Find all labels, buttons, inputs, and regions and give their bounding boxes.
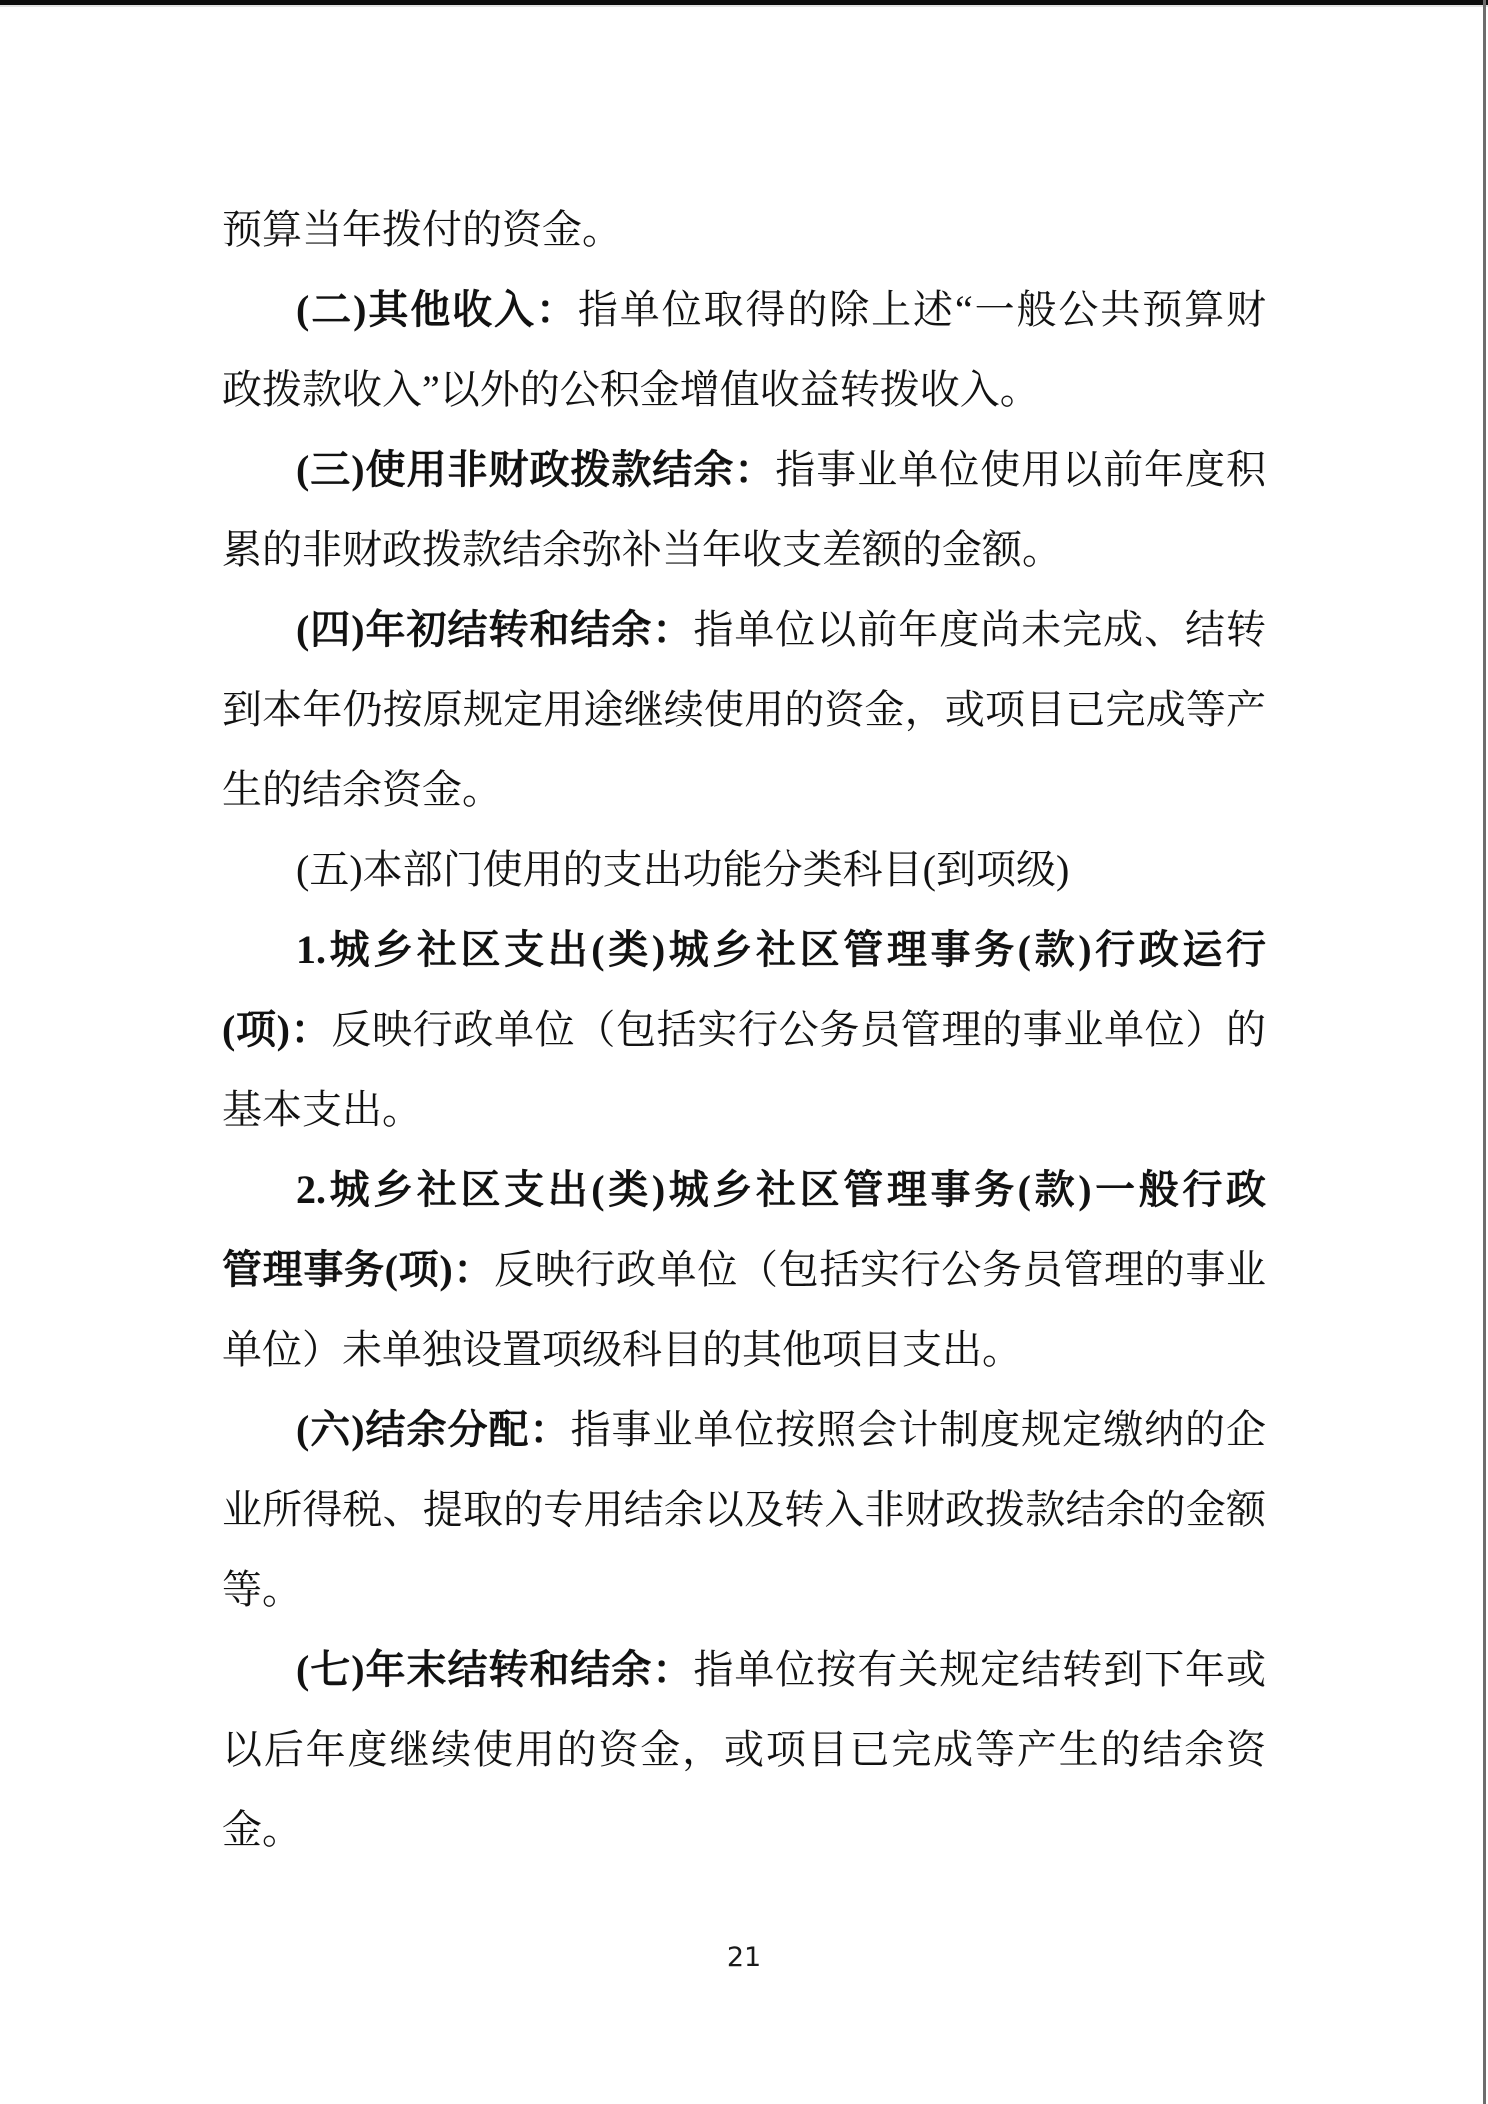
text-segment: 基本支出。: [222, 1087, 422, 1132]
text-segment: 到本年仍按原规定用途继续使用的资金，或项目已完成等产: [222, 687, 1266, 732]
text-line: 生的结余资金。: [222, 750, 1266, 830]
text-segment: 生的结余资金。: [222, 767, 502, 812]
text-line: 1.城乡社区支出(类)城乡社区管理事务(款)行政运行: [222, 910, 1266, 990]
text-line: (二)其他收入：指单位取得的除上述“一般公共预算财: [222, 270, 1266, 350]
text-line: 单位）未单独设置项级科目的其他项目支出。: [222, 1310, 1266, 1390]
page-number: 21: [0, 1942, 1488, 1973]
text-segment: 金。: [222, 1807, 302, 1852]
text-line: 累的非财政拨款结余弥补当年收支差额的金额。: [222, 510, 1266, 590]
bold-term: (六)结余分配：: [296, 1407, 570, 1452]
text-line: 2.城乡社区支出(类)城乡社区管理事务(款)一般行政: [222, 1150, 1266, 1230]
text-segment: 指事业单位按照会计制度规定缴纳的企: [570, 1407, 1266, 1452]
bold-term: (七)年末结转和结余：: [296, 1647, 693, 1692]
bold-term: (三)使用非财政拨款结余：: [296, 447, 775, 492]
text-segment: (五)本部门使用的支出功能分类科目(到项级): [296, 847, 1069, 892]
scan-edge-right: [1483, 0, 1486, 2104]
text-segment: 业所得税、提取的专用结余以及转入非财政拨款结余的金额: [222, 1487, 1266, 1532]
text-segment: 指单位以前年度尚未完成、结转: [693, 607, 1266, 652]
text-segment: 等。: [222, 1567, 302, 1612]
text-line: 金。: [222, 1790, 1266, 1870]
text-segment: 累的非财政拨款结余弥补当年收支差额的金额。: [222, 527, 1062, 572]
text-line: 基本支出。: [222, 1070, 1266, 1150]
bold-term: (四)年初结转和结余：: [296, 607, 693, 652]
bold-term: 1.城乡社区支出(类)城乡社区管理事务(款)行政运行: [296, 927, 1266, 972]
text-line: 等。: [222, 1550, 1266, 1630]
text-segment: 指单位按有关规定结转到下年或: [693, 1647, 1266, 1692]
text-segment: 反映行政单位（包括实行公务员管理的事业单位）的: [331, 1007, 1266, 1052]
document-page: 预算当年拨付的资金。(二)其他收入：指单位取得的除上述“一般公共预算财政拨款收入…: [0, 0, 1488, 2104]
bold-term: 管理事务(项)：: [222, 1247, 494, 1292]
text-segment: 单位）未单独设置项级科目的其他项目支出。: [222, 1327, 1022, 1372]
text-segment: 指单位取得的除上述“一般公共预算财: [578, 287, 1266, 332]
text-line: (五)本部门使用的支出功能分类科目(到项级): [222, 830, 1266, 910]
text-line: 以后年度继续使用的资金，或项目已完成等产生的结余资: [222, 1710, 1266, 1790]
bold-term: 2.城乡社区支出(类)城乡社区管理事务(款)一般行政: [296, 1167, 1266, 1212]
bold-term: (项)：: [222, 1007, 331, 1052]
text-line: (七)年末结转和结余：指单位按有关规定结转到下年或: [222, 1630, 1266, 1710]
text-segment: 预算当年拨付的资金。: [222, 207, 622, 252]
text-line: (六)结余分配：指事业单位按照会计制度规定缴纳的企: [222, 1390, 1266, 1470]
scan-edge-top-shadow: [0, 5, 1488, 7]
text-line: (四)年初结转和结余：指单位以前年度尚未完成、结转: [222, 590, 1266, 670]
text-line: 政拨款收入”以外的公积金增值收益转拨收入。: [222, 350, 1266, 430]
text-line: (三)使用非财政拨款结余：指事业单位使用以前年度积: [222, 430, 1266, 510]
text-line: 到本年仍按原规定用途继续使用的资金，或项目已完成等产: [222, 670, 1266, 750]
bold-term: (二)其他收入：: [296, 287, 578, 332]
text-segment: 指事业单位使用以前年度积: [775, 447, 1266, 492]
text-line: 业所得税、提取的专用结余以及转入非财政拨款结余的金额: [222, 1470, 1266, 1550]
text-line: (项)：反映行政单位（包括实行公务员管理的事业单位）的: [222, 990, 1266, 1070]
text-segment: 以后年度继续使用的资金，或项目已完成等产生的结余资: [222, 1727, 1266, 1772]
text-segment: 政拨款收入”以外的公积金增值收益转拨收入。: [222, 367, 1040, 412]
document-body: 预算当年拨付的资金。(二)其他收入：指单位取得的除上述“一般公共预算财政拨款收入…: [222, 190, 1266, 1870]
text-line: 管理事务(项)：反映行政单位（包括实行公务员管理的事业: [222, 1230, 1266, 1310]
text-segment: 反映行政单位（包括实行公务员管理的事业: [494, 1247, 1266, 1292]
text-line: 预算当年拨付的资金。: [222, 190, 1266, 270]
